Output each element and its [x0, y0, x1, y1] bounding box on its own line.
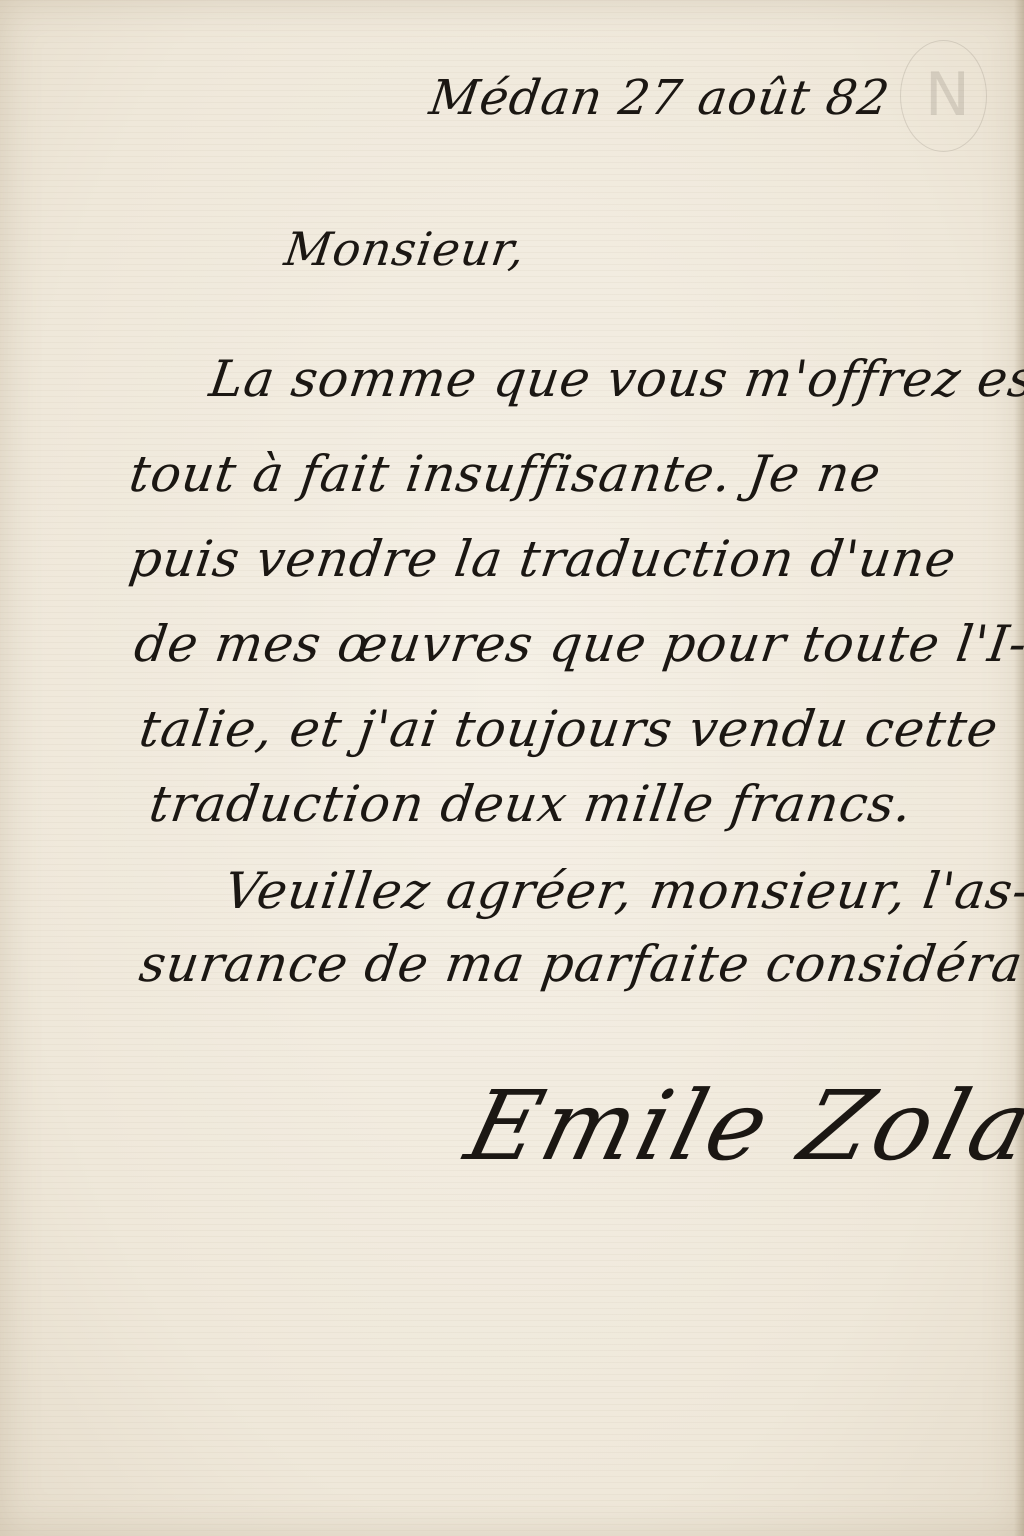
body-line: puis vendre la traduction d'une [126, 530, 960, 588]
signature: Emile Zola [456, 1070, 1024, 1182]
body-line: tout à fait insuffisante. Je ne [126, 445, 885, 503]
closing-line: Veuillez agréer, monsieur, l'as- [221, 862, 1024, 920]
paper-edge [1014, 0, 1024, 1536]
body-line: talie, et j'ai toujours vendu cette [136, 700, 1002, 758]
dateline: Médan 27 août 82 [426, 70, 893, 126]
body-line: traduction deux mille francs. [146, 775, 916, 833]
body-line: de mes œuvres que pour toute l'I- [131, 615, 1024, 673]
pencil-annotation: N [925, 60, 970, 130]
letter-page: N Médan 27 août 82 Monsieur, La somme qu… [0, 0, 1024, 1536]
salutation: Monsieur, [281, 222, 529, 276]
body-line: La somme que vous m'offrez est [206, 350, 1024, 408]
closing-line: surance de ma parfaite considération, [136, 935, 1024, 993]
